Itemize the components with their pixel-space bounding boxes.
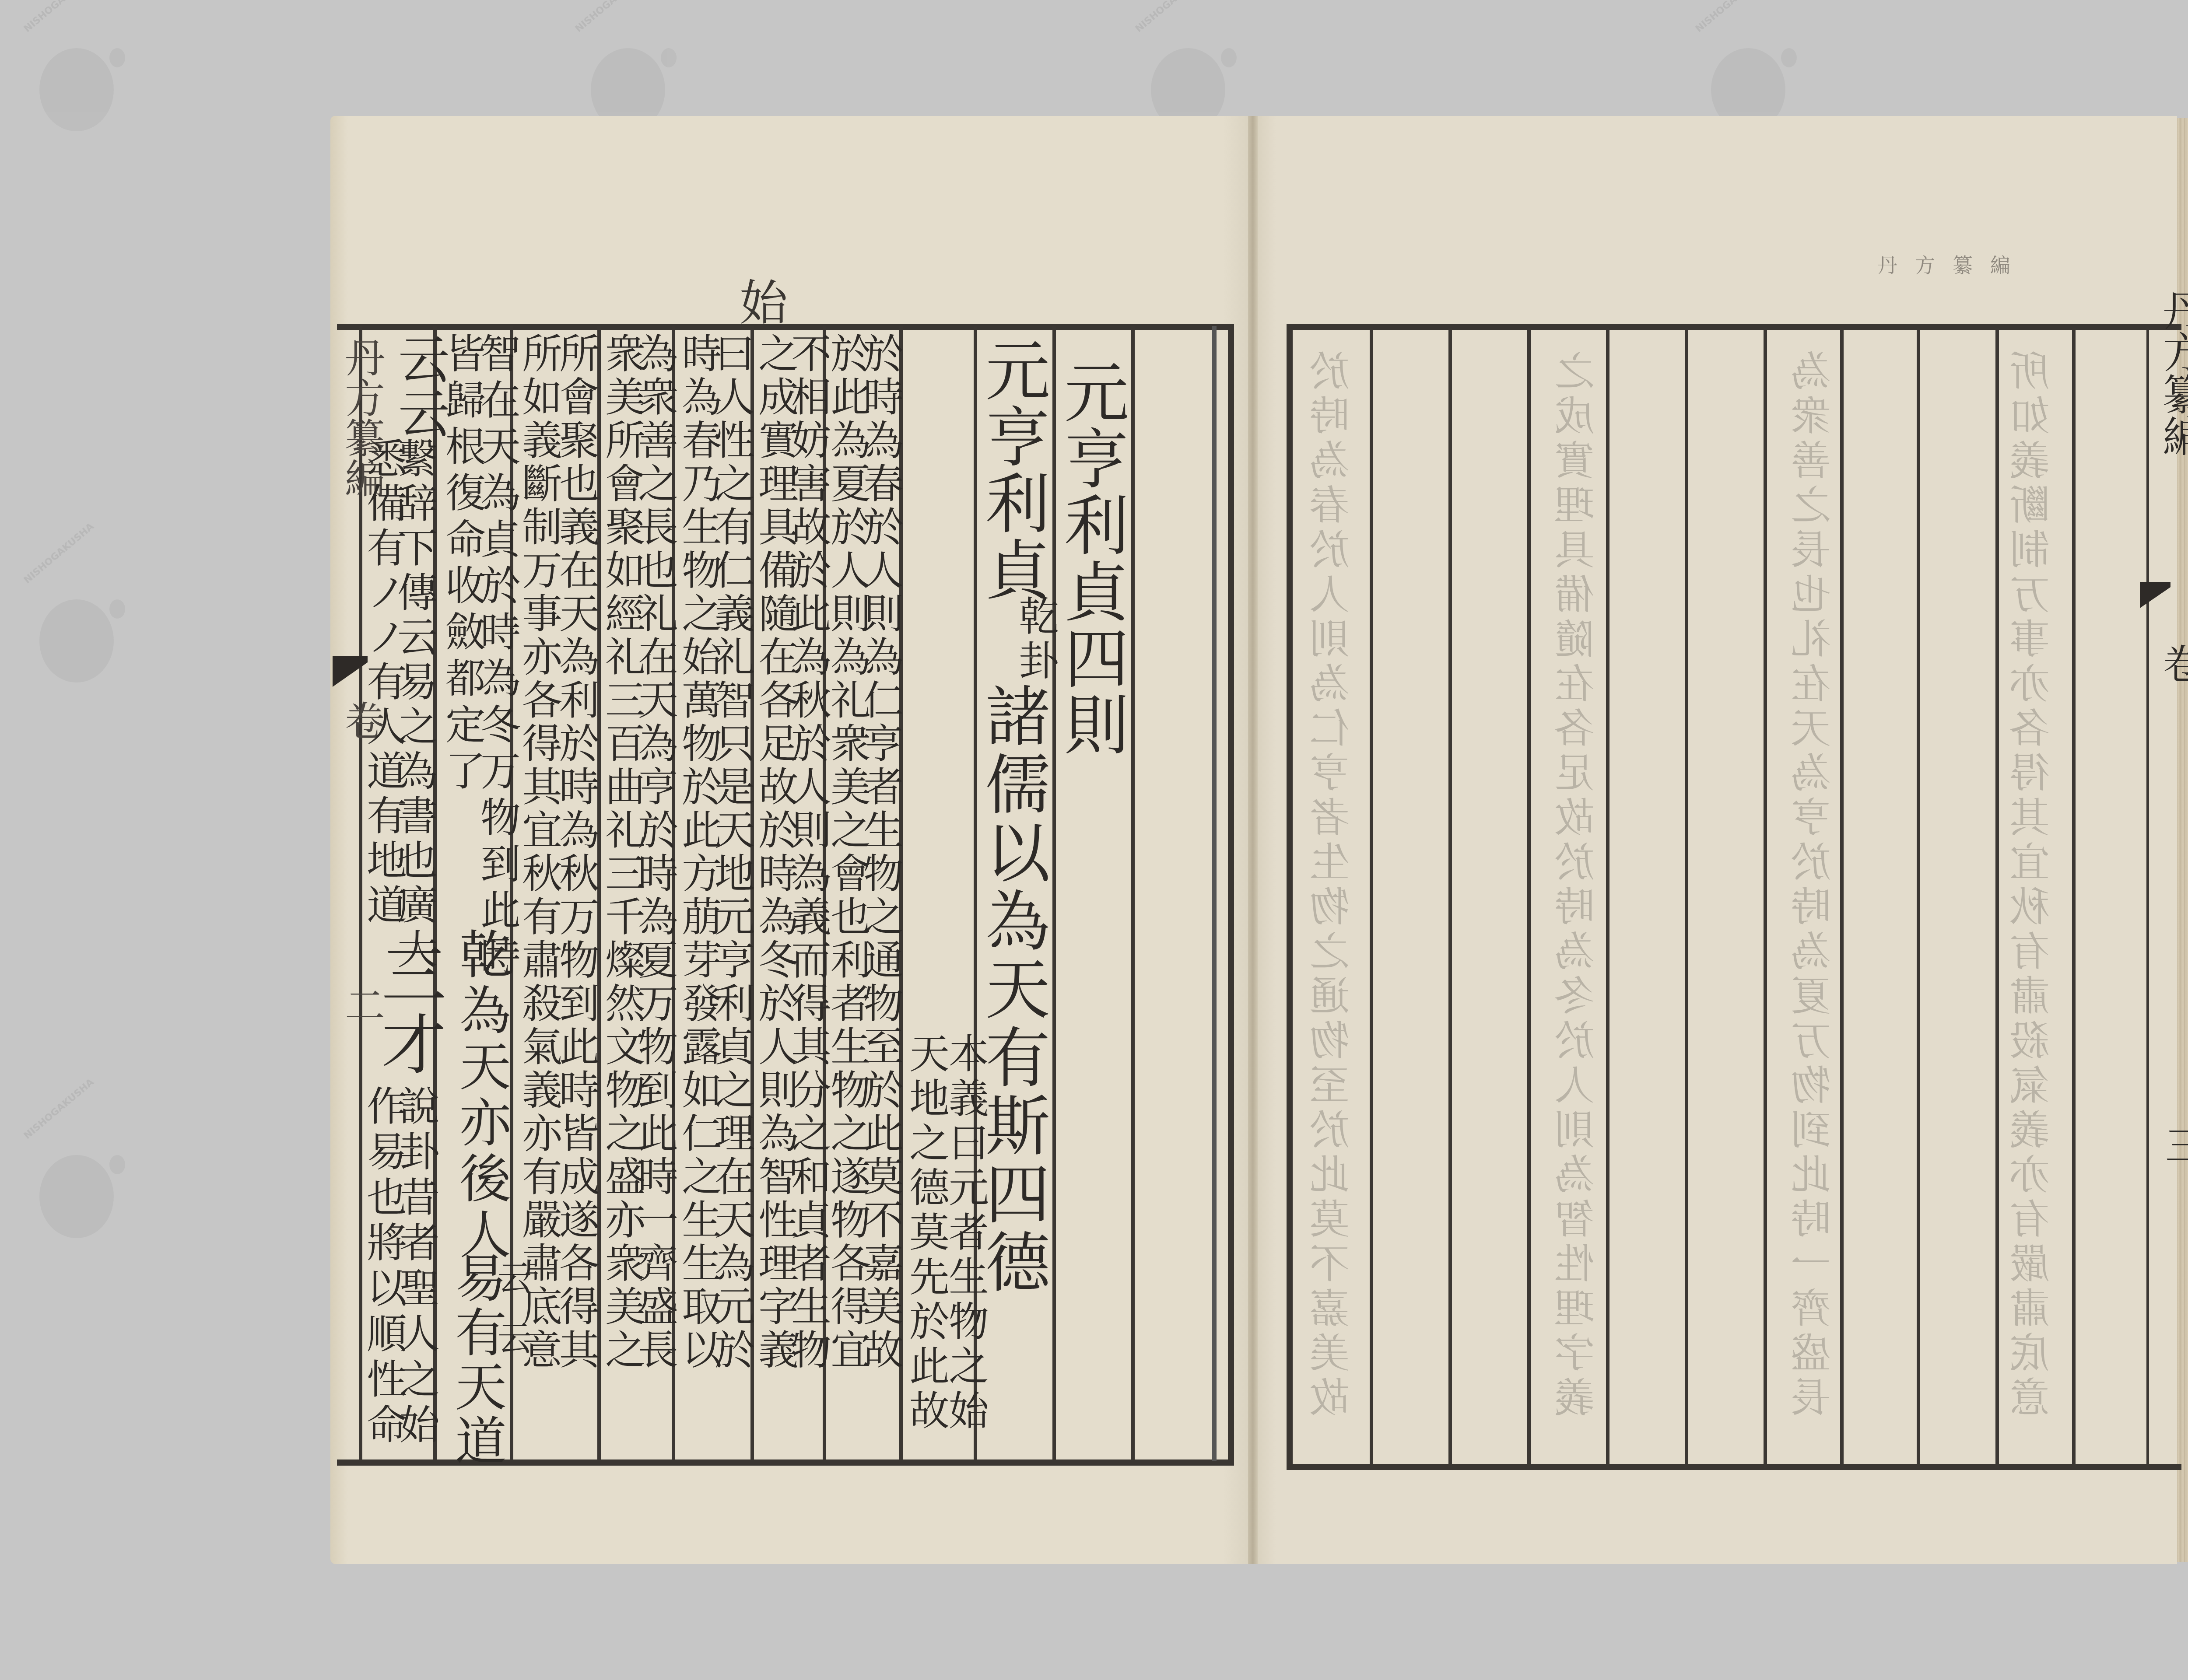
text-column: 元亨利貞 [980,337,1045,603]
column-rule [1370,328,1373,1468]
column-rule [1131,326,1135,1461]
column-rule [1527,328,1531,1468]
watermark-logo-icon: NISHOGAKUSHA [26,31,127,131]
watermark-logo-icon: NISHOGAKUSHA [26,1137,127,1238]
text-column: 本義曰元者生物之始 [945,1032,985,1434]
text-column: 作易也將以順性命 [363,1085,403,1449]
text-column: 乾為天亦後人 [455,927,507,1263]
column-rule [2072,328,2076,1468]
text-column: 元亨利貞四則 [1059,359,1124,758]
top-show-through-marks: 丹方纂編 [1877,249,2028,278]
text-column-annotation: 乾卦 [1015,595,1055,684]
show-through-text: 於時為春於人則為仁亨者生物之通物至於此莫不嘉美故 [1313,350,1353,1421]
column-rule [1606,328,1609,1468]
watermark-logo-icon: NISHOGAKUSHA [26,582,127,682]
fore-edge-volume: 卷 [2151,643,2188,683]
text-column: 悉備有ノノ有人道有地道 [363,437,403,928]
fore-edge-title: 丹方纂編 [2151,289,2188,457]
text-column: 所如義斷制万事亦各得其宜秋有肅殺氣義亦有嚴肅底意 [519,332,559,1372]
column-rule [1448,328,1452,1468]
show-through-text: 之成實理具備隨在各足故於時為冬於人則為智性理字義 [1558,350,1598,1421]
text-column: 云云 [394,332,445,441]
column-rule [1764,328,1767,1468]
text-column: 衆美所會聚如經礼三百曲礼三千燦然文物之盛亦衆美之 [602,332,642,1372]
column-rule [1685,328,1688,1468]
text-column: 易有天道 [451,1251,502,1468]
text-column: 天地之德莫先於此故 [906,1032,946,1434]
text-column: 諸儒以為天有斯四德 [980,682,1045,1297]
book-gutter [1248,116,1258,1564]
fore-edge-folio: 三 [2153,1124,2188,1165]
text-column: 於此為夏於人則為礼衆美之會也利者生物之遂物各得宜 [827,332,867,1372]
column-rule [1840,328,1844,1468]
show-through-text: 為衆善之長也礼在天為亨於時為夏万物到此時一齊盛長 [1794,350,1834,1421]
column-rule [1212,326,1217,1461]
text-column: 三才 [376,941,441,1081]
column-rule [2146,328,2149,1468]
text-column: 之成實理具備隨在各足故於時為冬於人則為智性理字義 [755,332,795,1372]
column-rule [1995,328,1999,1468]
column-rule [1917,328,1920,1468]
show-through-text: 所如義斷制万事亦各得其宜秋有肅殺氣義亦有嚴肅底意 [2013,350,2053,1421]
text-column: 時為春乃生物之始萬物於此方萠芽發露如仁之生生取以 [678,332,719,1372]
